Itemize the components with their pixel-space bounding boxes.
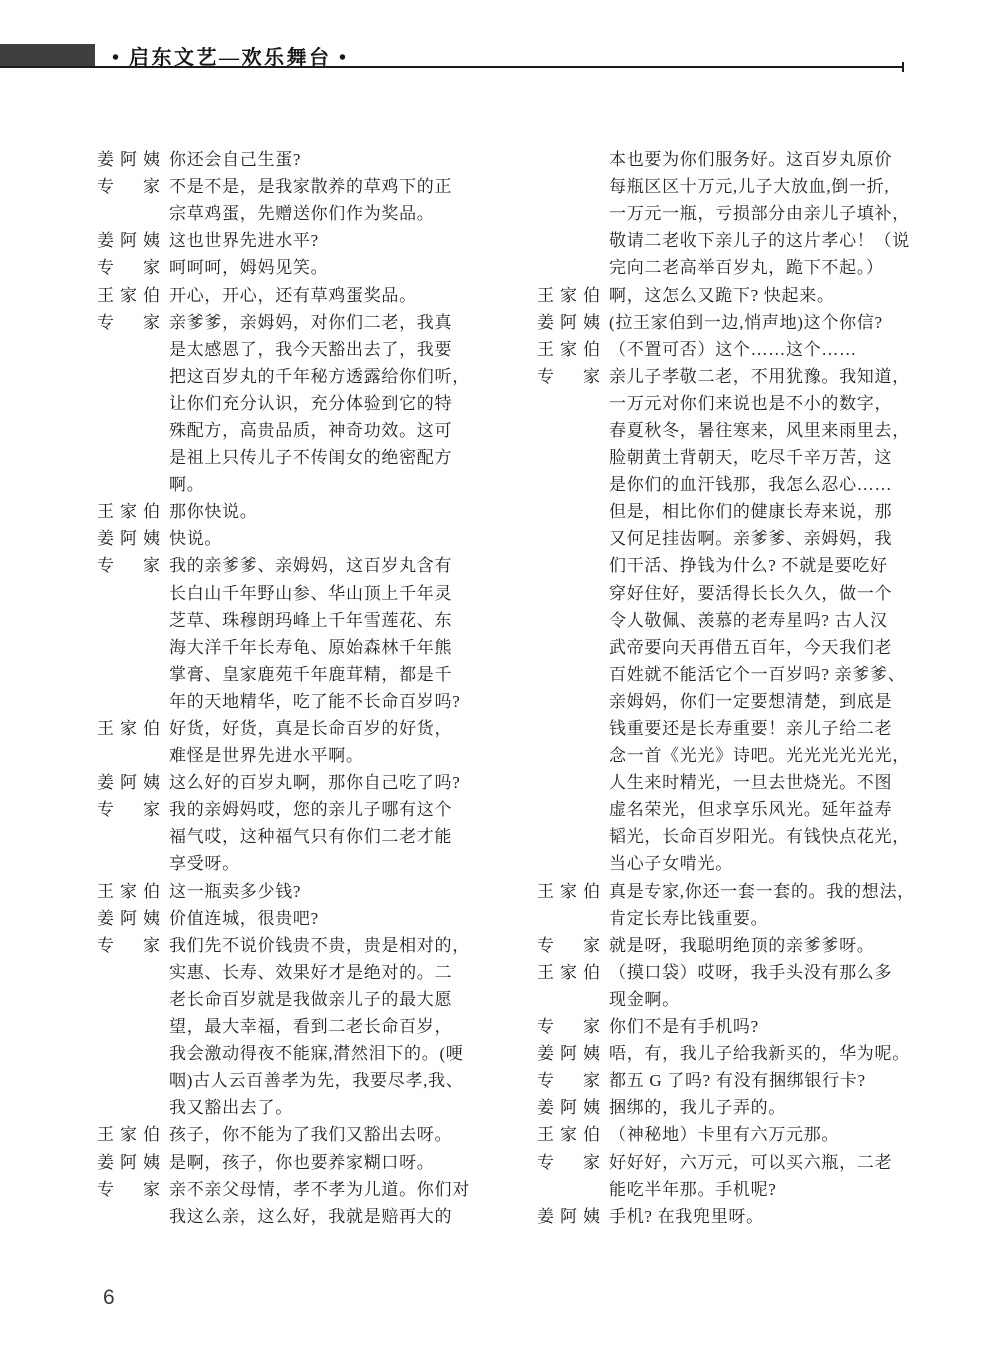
dialogue-text: 春夏秋冬，暑往寒来，风里来雨里去，	[609, 416, 945, 441]
dialogue-line: 实惠、长寿、效果好才是绝对的。二	[97, 957, 505, 984]
column-right: 本也要为你们服务好。这百岁丸原价每瓶区区十万元,儿子大放血,倒一折,一万元一瓶，…	[537, 144, 945, 1228]
dialogue-line: 武帝要向天再借五百年，今天我们老	[537, 632, 945, 659]
dialogue-line: 但是，相比你们的健康长寿来说，那	[537, 496, 945, 523]
dialogue-line: 本也要为你们服务好。这百岁丸原价	[537, 144, 945, 171]
dialogue-line: 姜阿姨是啊，孩子，你也要养家糊口呀。	[97, 1146, 505, 1173]
dialogue-text: 肯定长寿比钱重要。	[609, 904, 945, 929]
dialogue-line: 王家伯这一瓶卖多少钱?	[97, 876, 505, 903]
dialogue-line: 又何足挂齿啊。亲爹爹、亲姆妈，我	[537, 523, 945, 550]
dialogue-text: 你还会自己生蛋?	[169, 145, 505, 170]
speaker-label: 专家	[537, 931, 600, 956]
dialogue-text: 是你们的血汗钱那，我怎么忍心……	[609, 470, 945, 495]
dialogue-line: 福气哎，这种福气只有你们二老才能	[97, 821, 505, 848]
dialogue-text: 开心，开心，还有草鸡蛋奖品。	[169, 281, 505, 306]
dialogue-text: 唔，有，我儿子给我新买的，华为呢。	[609, 1039, 945, 1064]
speaker-label: 专家	[97, 1175, 160, 1200]
dialogue-line: 当心子女啃光。	[537, 848, 945, 875]
dialogue-line: 难怪是世界先进水平啊。	[97, 740, 505, 767]
dialogue-text: 脸朝黄土背朝天，吃尽千辛万苦，这	[609, 443, 945, 468]
speaker-label: 专家	[97, 308, 160, 333]
speaker-label: 专家	[97, 253, 160, 278]
speaker-label: 王家伯	[97, 877, 160, 902]
dialogue-line: 专家我们先不说价钱贵不贵，贵是相对的，	[97, 930, 505, 957]
page-number: 6	[103, 1286, 115, 1310]
speaker-label: 姜阿姨	[97, 768, 160, 793]
dialogue-text: 这么好的百岁丸啊，那你自己吃了吗?	[169, 768, 505, 793]
speaker-label: 王家伯	[537, 335, 600, 360]
dialogue-text: 那你快说。	[169, 497, 505, 522]
dialogue-line: 专家好好好，六万元，可以买六瓶，二老	[537, 1146, 945, 1173]
dialogue-text: 手机? 在我兜里呀。	[609, 1202, 945, 1227]
dialogue-text: 完向二老高举百岁丸，跪下不起。）	[609, 253, 945, 278]
dialogue-line: 享受呀。	[97, 848, 505, 875]
dialogue-line: 姜阿姨唔，有，我儿子给我新买的，华为呢。	[537, 1038, 945, 1065]
dialogue-line: 百姓就不能活它个一百岁吗? 亲爹爹、	[537, 659, 945, 686]
dialogue-text: 你们不是有手机吗?	[609, 1012, 945, 1037]
dialogue-line: 姜阿姨这也世界先进水平?	[97, 225, 505, 252]
speaker-label: 姜阿姨	[97, 1148, 160, 1173]
dialogue-line: 王家伯（摸口袋）哎呀，我手头没有那么多	[537, 957, 945, 984]
speaker-label: 王家伯	[537, 281, 600, 306]
dialogue-line: 专家亲不亲父母情，孝不孝为儿道。你们对	[97, 1174, 505, 1201]
dialogue-text: 本也要为你们服务好。这百岁丸原价	[609, 145, 945, 170]
dialogue-text: 人生来时精光，一旦去世烧光。不图	[609, 768, 945, 793]
dialogue-text: 虚名荣光，但求享乐风光。延年益寿	[609, 795, 945, 820]
dialogue-line: 姜阿姨快说。	[97, 523, 505, 550]
dialogue-line: 完向二老高举百岁丸，跪下不起。）	[537, 252, 945, 279]
dialogue-text: 亲姆妈，你们一定要想清楚，到底是	[609, 687, 945, 712]
dialogue-line: 我会激动得夜不能寐,潸然泪下的。(哽	[97, 1038, 505, 1065]
dialogue-line: 现金啊。	[537, 984, 945, 1011]
dialogue-line: 姜阿姨这么好的百岁丸啊，那你自己吃了吗?	[97, 767, 505, 794]
dialogue-line: 韬光，长命百岁阳光。有钱快点花光，	[537, 821, 945, 848]
dialogue-line: 姜阿姨(拉王家伯到一边,悄声地)这个你信?	[537, 307, 945, 334]
dialogue-text: 是祖上只传儿子不传闺女的绝密配方	[169, 443, 505, 468]
dialogue-line: 令人敬佩、羡慕的老寿星吗? 古人汉	[537, 605, 945, 632]
dialogue-line: 长白山千年野山参、华山顶上千年灵	[97, 578, 505, 605]
speaker-label: 专家	[97, 795, 160, 820]
speaker-label: 王家伯	[97, 497, 160, 522]
speaker-label: 专家	[537, 1066, 600, 1091]
speaker-label: 专家	[97, 551, 160, 576]
dialogue-text: 好货，好货，真是长命百岁的好货，	[169, 714, 505, 739]
dialogue-line: 咽)古人云百善孝为先，我要尽孝,我、	[97, 1065, 505, 1092]
dialogue-text: 现金啊。	[609, 985, 945, 1010]
dialogue-line: 王家伯（神秘地）卡里有六万元那。	[537, 1119, 945, 1146]
header-corner-bar	[0, 44, 95, 67]
dialogue-text: 是太感恩了，我今天豁出去了，我要	[169, 335, 505, 360]
dialogue-line: 专家我的亲姆妈哎，您的亲儿子哪有这个	[97, 794, 505, 821]
dialogue-line: 王家伯孩子，你不能为了我们又豁出去呀。	[97, 1119, 505, 1146]
dialogue-text: 啊。	[169, 470, 505, 495]
dialogue-text: 真是专家,你还一套一套的。我的想法，	[609, 877, 945, 902]
dialogue-line: 年的天地精华，吃了能不长命百岁吗?	[97, 686, 505, 713]
speaker-label: 王家伯	[97, 281, 160, 306]
dialogue-text: 我又豁出去了。	[169, 1093, 505, 1118]
dialogue-text: 穿好住好，要活得长长久久，做一个	[609, 579, 945, 604]
dialogue-line: 能吃半年那。手机呢?	[537, 1174, 945, 1201]
dialogue-line: 一万元一瓶，亏损部分由亲儿子填补，	[537, 198, 945, 225]
dialogue-line: 姜阿姨价值连城，很贵吧?	[97, 903, 505, 930]
speaker-label: 姜阿姨	[97, 226, 160, 251]
dialogue-line: 宗草鸡蛋，先赠送你们作为奖品。	[97, 198, 505, 225]
speaker-label: 姜阿姨	[537, 1093, 600, 1118]
dialogue-text: 掌膏、皇家鹿苑千年鹿茸精，都是千	[169, 660, 505, 685]
column-left: 姜阿姨你还会自己生蛋?专家不是不是，是我家散养的草鸡下的正宗草鸡蛋，先赠送你们作…	[97, 144, 505, 1228]
header-rule-end-tick	[902, 62, 904, 72]
dialogue-line: 专家亲儿子孝敬二老，不用犹豫。我知道，	[537, 361, 945, 388]
dialogue-text: 钱重要还是长寿重要！亲儿子给二老	[609, 714, 945, 739]
dialogue-text: 年的天地精华，吃了能不长命百岁吗?	[169, 687, 505, 712]
speaker-label: 姜阿姨	[97, 904, 160, 929]
dialogue-text: 我的亲爹爹、亲姆妈，这百岁丸含有	[169, 551, 505, 576]
dialogue-line: 念一首《光光》诗吧。光光光光光光，	[537, 740, 945, 767]
dialogue-text: 敬请二老收下亲儿子的这片孝心！（说	[609, 226, 945, 251]
dialogue-text: 享受呀。	[169, 849, 505, 874]
speaker-label: 王家伯	[537, 877, 600, 902]
speaker-label: 专家	[537, 362, 600, 387]
dialogue-text: 好好好，六万元，可以买六瓶，二老	[609, 1148, 945, 1173]
dialogue-text: 宗草鸡蛋，先赠送你们作为奖品。	[169, 199, 505, 224]
speaker-label: 姜阿姨	[537, 1202, 600, 1227]
dialogue-text: 就是呀，我聪明绝顶的亲爹爹呀。	[609, 931, 945, 956]
dialogue-text: 念一首《光光》诗吧。光光光光光光，	[609, 741, 945, 766]
dialogue-line: 把这百岁丸的千年秘方透露给你们听，	[97, 361, 505, 388]
dialogue-text: 长白山千年野山参、华山顶上千年灵	[169, 579, 505, 604]
speaker-label: 专家	[97, 931, 160, 956]
dialogue-text: 当心子女啃光。	[609, 849, 945, 874]
speaker-label: 专家	[537, 1148, 600, 1173]
dialogue-text: 我这么亲，这么好，我就是赔再大的	[169, 1202, 505, 1227]
dialogue-line: 王家伯那你快说。	[97, 496, 505, 523]
dialogue-line: 专家亲爹爹，亲姆妈，对你们二老，我真	[97, 307, 505, 334]
dialogue-line: 专家我的亲爹爹、亲姆妈，这百岁丸含有	[97, 550, 505, 577]
dialogue-line: 钱重要还是长寿重要！亲儿子给二老	[537, 713, 945, 740]
dialogue-text: 这也世界先进水平?	[169, 226, 505, 251]
dialogue-line: 虚名荣光，但求享乐风光。延年益寿	[537, 794, 945, 821]
dialogue-text: 令人敬佩、羡慕的老寿星吗? 古人汉	[609, 606, 945, 631]
speaker-label: 王家伯	[537, 1120, 600, 1145]
dialogue-text: （神秘地）卡里有六万元那。	[609, 1120, 945, 1145]
dialogue-line: 每瓶区区十万元,儿子大放血,倒一折,	[537, 171, 945, 198]
dialogue-line: 是太感恩了，我今天豁出去了，我要	[97, 334, 505, 361]
dialogue-text: 呵呵呵，姆妈见笑。	[169, 253, 505, 278]
dialogue-text: 百姓就不能活它个一百岁吗? 亲爹爹、	[609, 660, 945, 685]
dialogue-line: 芝草、珠穆朗玛峰上千年雪莲花、东	[97, 605, 505, 632]
speaker-label: 王家伯	[97, 714, 160, 739]
dialogue-text: 们干活、挣钱为什么? 不就是要吃好	[609, 551, 945, 576]
dialogue-text: 快说。	[169, 524, 505, 549]
dialogue-text: (拉王家伯到一边,悄声地)这个你信?	[609, 308, 945, 333]
dialogue-line: 敬请二老收下亲儿子的这片孝心！（说	[537, 225, 945, 252]
dialogue-text: 韬光，长命百岁阳光。有钱快点花光，	[609, 822, 945, 847]
dialogue-text: 咽)古人云百善孝为先，我要尽孝,我、	[169, 1066, 505, 1091]
speaker-label: 姜阿姨	[537, 1039, 600, 1064]
dialogue-text: 我的亲姆妈哎，您的亲儿子哪有这个	[169, 795, 505, 820]
dialogue-text: （摸口袋）哎呀，我手头没有那么多	[609, 958, 945, 983]
dialogue-line: 专家都五 G 了吗? 有没有捆绑银行卡?	[537, 1065, 945, 1092]
speaker-label: 专家	[537, 1012, 600, 1037]
section-header-title: • 启东文艺—欢乐舞台 •	[112, 41, 349, 70]
dialogue-line: 亲姆妈，你们一定要想清楚，到底是	[537, 686, 945, 713]
dialogue-text: 啊，这怎么又跪下? 快起来。	[609, 281, 945, 306]
dialogue-text: 亲爹爹，亲姆妈，对你们二老，我真	[169, 308, 505, 333]
dialogue-line: 海大洋千年长寿龟、原始森林千年熊	[97, 632, 505, 659]
dialogue-text: 是啊，孩子，你也要养家糊口呀。	[169, 1148, 505, 1173]
dialogue-line: 专家呵呵呵，姆妈见笑。	[97, 252, 505, 279]
dialogue-line: 春夏秋冬，暑往寒来，风里来雨里去，	[537, 415, 945, 442]
dialogue-text: 福气哎，这种福气只有你们二老才能	[169, 822, 505, 847]
dialogue-line: 王家伯真是专家,你还一套一套的。我的想法，	[537, 876, 945, 903]
dialogue-line: 姜阿姨捆绑的，我儿子弄的。	[537, 1092, 945, 1119]
dialogue-line: 专家就是呀，我聪明绝顶的亲爹爹呀。	[537, 930, 945, 957]
dialogue-line: 殊配方，高贵品质，神奇功效。这可	[97, 415, 505, 442]
dialogue-line: 王家伯啊，这怎么又跪下? 快起来。	[537, 279, 945, 306]
dialogue-text: 不是不是，是我家散养的草鸡下的正	[169, 172, 505, 197]
dialogue-line: 让你们充分认识，充分体验到它的特	[97, 388, 505, 415]
dialogue-line: 掌膏、皇家鹿苑千年鹿茸精，都是千	[97, 659, 505, 686]
dialogue-line: 啊。	[97, 469, 505, 496]
dialogue-line: 我这么亲，这么好，我就是赔再大的	[97, 1201, 505, 1228]
dialogue-text: 每瓶区区十万元,儿子大放血,倒一折,	[609, 172, 945, 197]
dialogue-line: 穿好住好，要活得长长久久，做一个	[537, 578, 945, 605]
dialogue-text: 一万元对你们来说也是不小的数字，	[609, 389, 945, 414]
dialogue-text: 价值连城，很贵吧?	[169, 904, 505, 929]
dialogue-line: 一万元对你们来说也是不小的数字，	[537, 388, 945, 415]
speaker-label: 王家伯	[97, 1120, 160, 1145]
dialogue-text: 能吃半年那。手机呢?	[609, 1175, 945, 1200]
dialogue-line: 王家伯好货，好货，真是长命百岁的好货，	[97, 713, 505, 740]
dialogue-line: 姜阿姨你还会自己生蛋?	[97, 144, 505, 171]
dialogue-line: 们干活、挣钱为什么? 不就是要吃好	[537, 550, 945, 577]
dialogue-text: 我们先不说价钱贵不贵，贵是相对的，	[169, 931, 505, 956]
speaker-label: 姜阿姨	[97, 145, 160, 170]
dialogue-text: 难怪是世界先进水平啊。	[169, 741, 505, 766]
dialogue-line: 专家不是不是，是我家散养的草鸡下的正	[97, 171, 505, 198]
dialogue-line: 肯定长寿比钱重要。	[537, 903, 945, 930]
dialogue-text: 老长命百岁就是我做亲儿子的最大愿	[169, 985, 505, 1010]
speaker-label: 王家伯	[537, 958, 600, 983]
dialogue-line: 望，最大幸福，看到二老长命百岁，	[97, 1011, 505, 1038]
dialogue-text: 实惠、长寿、效果好才是绝对的。二	[169, 958, 505, 983]
dialogue-text: 亲不亲父母情，孝不孝为儿道。你们对	[169, 1175, 505, 1200]
dialogue-text: 孩子，你不能为了我们又豁出去呀。	[169, 1120, 505, 1145]
dialogue-text: 望，最大幸福，看到二老长命百岁，	[169, 1012, 505, 1037]
dialogue-line: 人生来时精光，一旦去世烧光。不图	[537, 767, 945, 794]
speaker-label: 姜阿姨	[537, 308, 600, 333]
magazine-page: { "header": { "title": "• 启东文艺—欢乐舞台 •" }…	[0, 0, 1000, 1357]
dialogue-line: 王家伯（不置可否）这个……这个……	[537, 334, 945, 361]
dialogue-text: 亲儿子孝敬二老，不用犹豫。我知道，	[609, 362, 945, 387]
dialogue-line: 脸朝黄土背朝天，吃尽千辛万苦，这	[537, 442, 945, 469]
dialogue-text: 这一瓶卖多少钱?	[169, 877, 505, 902]
dialogue-text: 殊配方，高贵品质，神奇功效。这可	[169, 416, 505, 441]
dialogue-text: 捆绑的，我儿子弄的。	[609, 1093, 945, 1118]
dialogue-line: 王家伯开心，开心，还有草鸡蛋奖品。	[97, 279, 505, 306]
dialogue-line: 姜阿姨手机? 在我兜里呀。	[537, 1201, 945, 1228]
dialogue-text: 把这百岁丸的千年秘方透露给你们听，	[169, 362, 505, 387]
dialogue-text: 海大洋千年长寿龟、原始森林千年熊	[169, 633, 505, 658]
dialogue-line: 是祖上只传儿子不传闺女的绝密配方	[97, 442, 505, 469]
dialogue-text: 芝草、珠穆朗玛峰上千年雪莲花、东	[169, 606, 505, 631]
speaker-label: 专家	[97, 172, 160, 197]
dialogue-text: 一万元一瓶，亏损部分由亲儿子填补，	[609, 199, 945, 224]
speaker-label: 姜阿姨	[97, 524, 160, 549]
dialogue-line: 我又豁出去了。	[97, 1092, 505, 1119]
dialogue-line: 专家你们不是有手机吗?	[537, 1011, 945, 1038]
dialogue-text: （不置可否）这个……这个……	[609, 335, 945, 360]
dialogue-text: 又何足挂齿啊。亲爹爹、亲姆妈，我	[609, 524, 945, 549]
dialogue-line: 老长命百岁就是我做亲儿子的最大愿	[97, 984, 505, 1011]
dialogue-text: 都五 G 了吗? 有没有捆绑银行卡?	[609, 1066, 945, 1091]
dialogue-text: 让你们充分认识，充分体验到它的特	[169, 389, 505, 414]
dialogue-text: 我会激动得夜不能寐,潸然泪下的。(哽	[169, 1039, 505, 1064]
dialogue-line: 是你们的血汗钱那，我怎么忍心……	[537, 469, 945, 496]
dialogue-text: 武帝要向天再借五百年，今天我们老	[609, 633, 945, 658]
dialogue-text: 但是，相比你们的健康长寿来说，那	[609, 497, 945, 522]
